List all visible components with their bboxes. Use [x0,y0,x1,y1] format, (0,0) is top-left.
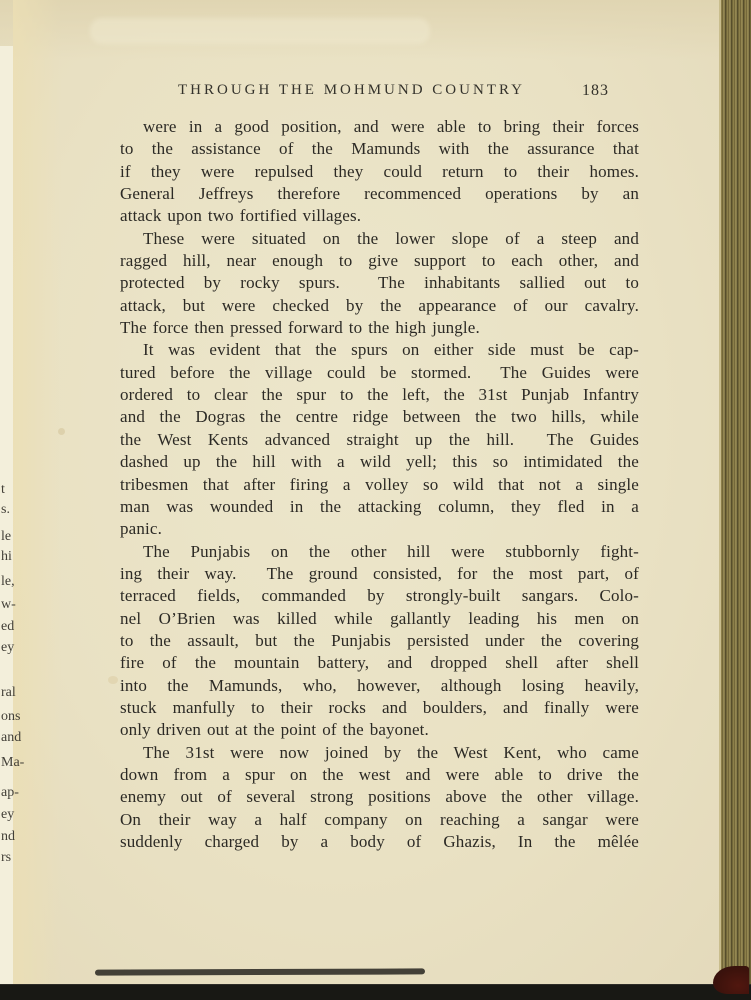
margin-fragment: ral [1,686,16,700]
text-line: attack upon two fortified villages. [120,205,639,227]
margin-fragment: rs [1,851,11,865]
text-line: dashed up the hill with a wild yell; thi… [120,451,639,473]
text-line: attack, but were checked by the appearan… [120,295,639,317]
margin-fragment: le [1,530,11,544]
text-line: The 31st were now joined by the West Ken… [120,742,639,764]
margin-fragment: nd [1,830,15,844]
paper-blemish [108,676,118,684]
text-line: These were situated on the lower slope o… [120,228,639,250]
text-line: man was wounded in the attacking column,… [120,496,639,518]
text-line: and the Dogras the centre ridge between … [120,406,639,428]
paragraph: The 31st were now joined by the West Ken… [120,742,639,854]
text-line: if they were repulsed they could return … [120,161,639,183]
text-line: suddenly charged by a body of Ghazis, In… [120,831,639,853]
text-line: terraced fields, commanded by strongly-b… [120,585,639,607]
text-line: General Jeffreys therefore recommenced o… [120,183,639,205]
text-line: to the assault, but the Punjabis persist… [120,630,639,652]
text-line: ragged hill, near enough to give support… [120,250,639,272]
margin-fragment: t [1,483,5,497]
book-scan: THROUGH THE MOHMUND COUNTRY 183 were in … [0,0,751,1000]
text-line: into the Mamunds, who, however, although… [120,675,639,697]
text-line: The force then pressed forward to the hi… [120,317,639,339]
text-line: nel O’Brien was killed while gallantly l… [120,608,639,630]
body-text: were in a good position, and were able t… [120,116,639,853]
facing-page-fragments: ts.lehile,w-edeyralonsandMa-ap-eyndrs [0,0,20,1000]
paragraph: These were situated on the lower slope o… [120,228,639,340]
margin-fragment: ap- [1,786,19,800]
text-line: were in a good position, and were able t… [120,116,639,138]
page-stack-edge [719,0,751,990]
text-line: only driven out at the point of the bayo… [120,719,639,741]
text-line: The Punjabis on the other hill were stub… [120,541,639,563]
text-line: On their way a half company on reaching … [120,809,639,831]
margin-fragment: w- [1,598,16,612]
paper-smear [90,18,430,44]
page-header: THROUGH THE MOHMUND COUNTRY 183 [120,82,639,102]
page-bottom-shadow [95,968,425,975]
page-number: 183 [582,82,609,100]
text-line: tured before the village could be storme… [120,362,639,384]
text-line: stuck manfully to their rocks and boulde… [120,697,639,719]
margin-fragment: hi [1,550,12,564]
paragraph: It was evident that the spurs on either … [120,339,639,540]
margin-fragment: ey [1,808,14,822]
text-line: tribesmen that after firing a volley so … [120,474,639,496]
text-line: protected by rocky spurs. The inhabitant… [120,272,639,294]
margin-fragment: s. [1,503,10,517]
gutter-shading [13,0,61,1000]
margin-fragment: and [1,731,21,745]
text-line: to the assistance of the Mamunds with th… [120,138,639,160]
margin-fragment: ey [1,641,14,655]
cover-corner [713,966,749,994]
text-line: enemy out of several strong positions ab… [120,786,639,808]
running-title: THROUGH THE MOHMUND COUNTRY [120,82,583,99]
text-line: It was evident that the spurs on either … [120,339,639,361]
text-line: ordered to clear the spur to the left, t… [120,384,639,406]
margin-fragment: le, [1,575,15,589]
margin-fragment: ed [1,620,14,634]
paragraph: were in a good position, and were able t… [120,116,639,228]
text-line: ing their way. The ground consisted, for… [120,563,639,585]
text-line: the West Kents advanced straight up the … [120,429,639,451]
margin-fragment: Ma- [1,756,24,770]
paper-blemish [58,428,65,435]
margin-fragment: ons [1,710,20,724]
text-line: down from a spur on the west and were ab… [120,764,639,786]
book-cover-bottom [0,984,751,1000]
paragraph: The Punjabis on the other hill were stub… [120,541,639,742]
text-line: panic. [120,518,639,540]
text-line: fire of the mountain battery, and droppe… [120,652,639,674]
